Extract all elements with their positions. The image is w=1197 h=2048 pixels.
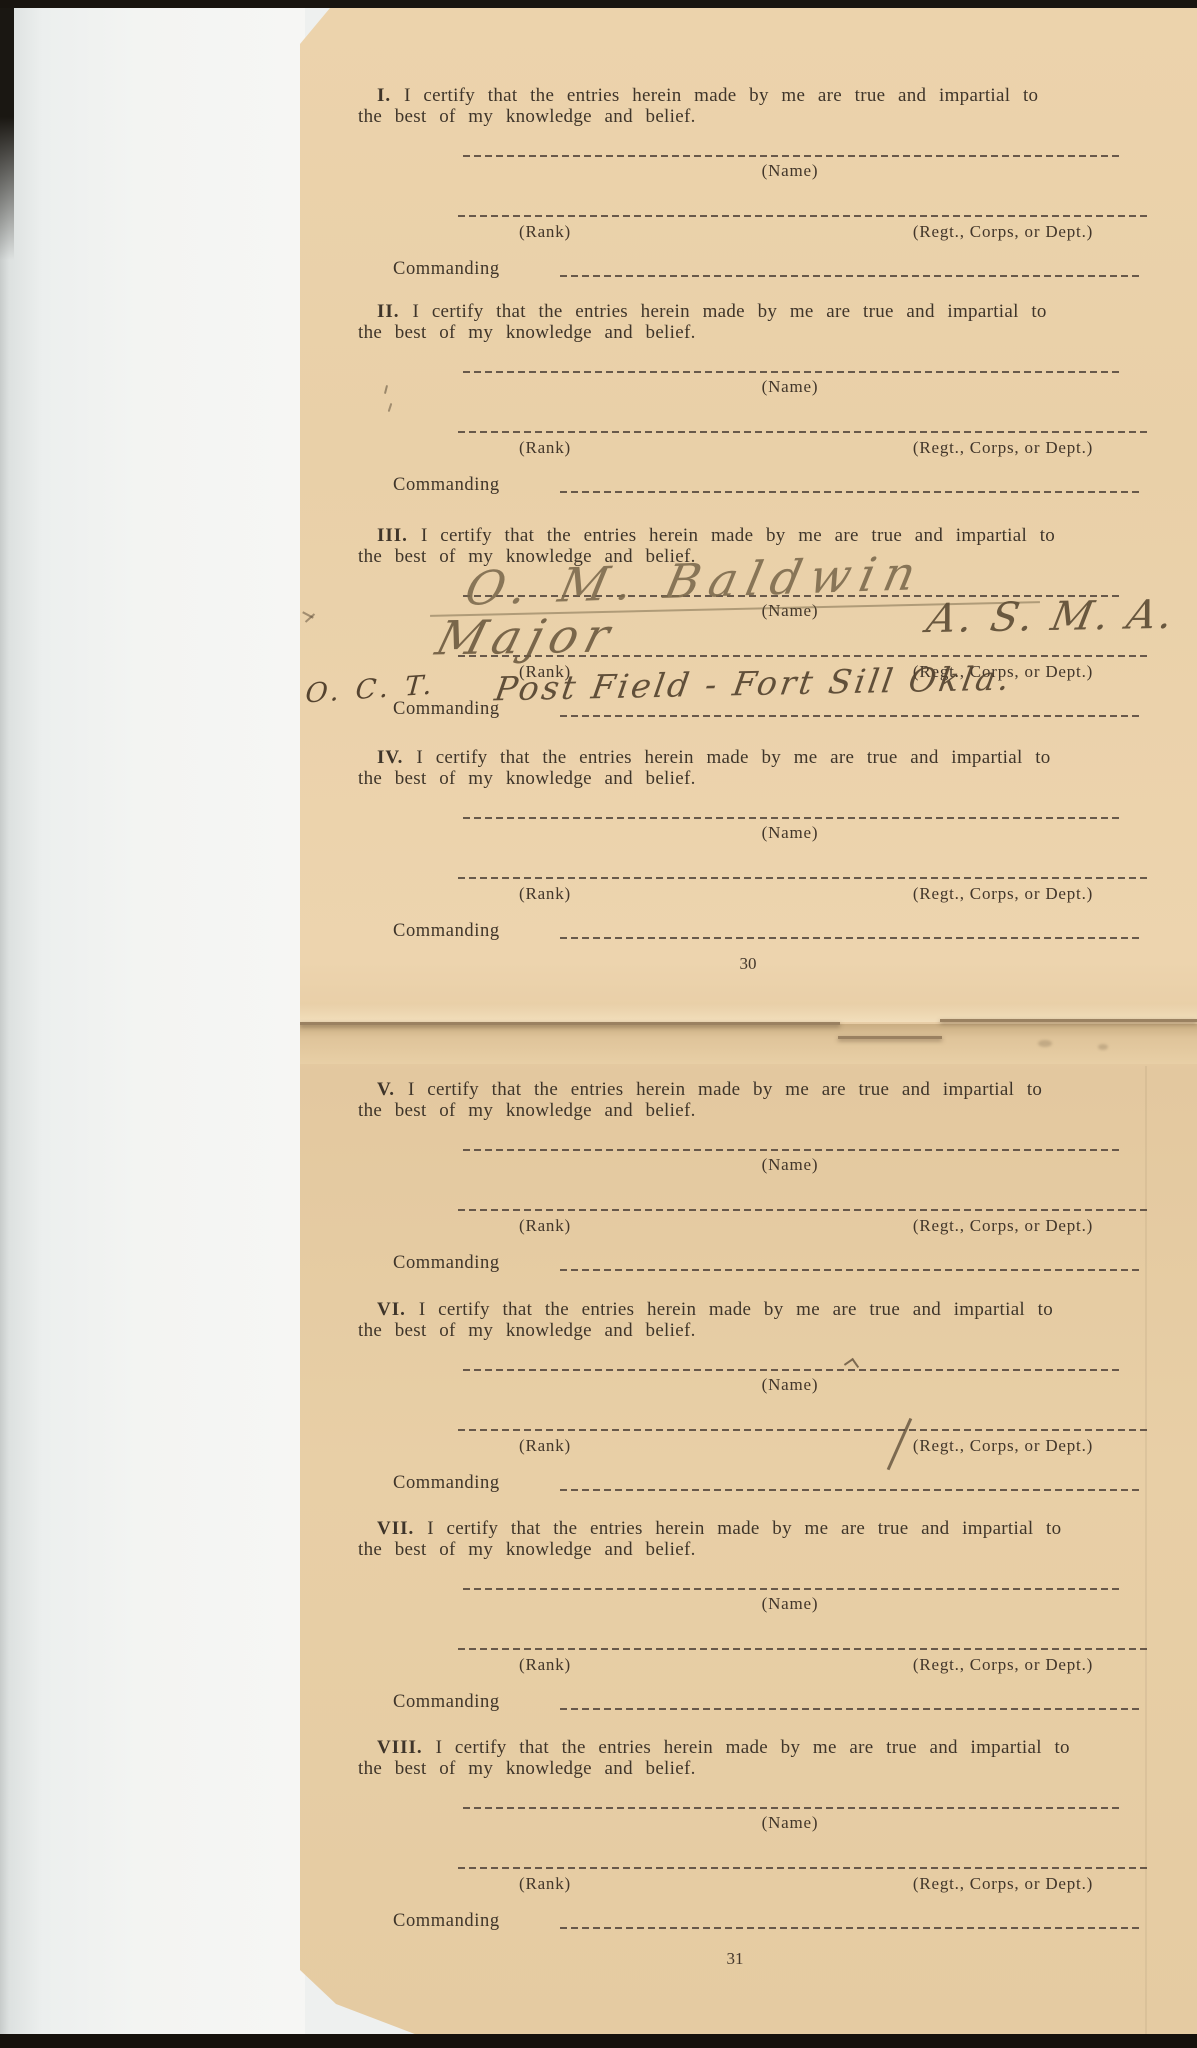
certification-section-4: IV.I certify that the entries herein mad… xyxy=(300,747,1197,972)
rank-blank-line xyxy=(458,877,1148,879)
scanned-document: I.I certify that the entries herein made… xyxy=(0,0,1197,2048)
scanner-margin xyxy=(0,0,305,2048)
paper-smudge xyxy=(1038,1040,1052,1047)
fold-band xyxy=(300,1024,1197,1064)
scan-edge-top xyxy=(0,0,1197,8)
page-fold-edge xyxy=(300,1022,840,1025)
name-blank-line xyxy=(463,371,1123,373)
name-label: (Name) xyxy=(680,1594,900,1614)
certify-text-line2: the best of my knowledge and belief. xyxy=(358,768,696,790)
section-numeral: IV. xyxy=(358,747,403,768)
rank-blank-line xyxy=(458,215,1148,217)
certify-paragraph: I.I certify that the entries herein made… xyxy=(358,85,1188,106)
rank-blank-line xyxy=(458,431,1148,433)
certification-section-7: VII.I certify that the entries herein ma… xyxy=(300,1518,1197,1743)
name-blank-line xyxy=(463,1369,1123,1371)
commanding-blank-line xyxy=(560,937,1140,939)
certification-section-1: I.I certify that the entries herein made… xyxy=(300,85,1197,310)
name-blank-line xyxy=(463,1149,1123,1151)
section-numeral: III. xyxy=(358,525,408,546)
name-blank-line xyxy=(463,155,1123,157)
name-label: (Name) xyxy=(680,823,900,843)
commanding-blank-line xyxy=(560,1927,1140,1929)
name-blank-line xyxy=(463,817,1123,819)
rank-label: (Rank) xyxy=(465,222,625,242)
certify-text-line2: the best of my knowledge and belief. xyxy=(358,322,696,344)
page-number-30: 30 xyxy=(698,954,798,974)
certify-text-line1: I certify that the entries herein made b… xyxy=(413,301,1047,322)
page-number-31: 31 xyxy=(685,1949,785,1969)
regt-label: (Regt., Corps, or Dept.) xyxy=(858,438,1148,458)
name-label: (Name) xyxy=(680,1375,900,1395)
rank-blank-line xyxy=(458,1429,1148,1431)
certify-text-line2: the best of my knowledge and belief. xyxy=(358,1539,696,1561)
section-numeral: I. xyxy=(358,85,391,106)
handwritten-rank: Major xyxy=(430,608,622,666)
name-blank-line xyxy=(463,1588,1123,1590)
certify-text-line1: I certify that the entries herein made b… xyxy=(419,1299,1053,1320)
scan-edge-bottom xyxy=(0,2034,1197,2048)
rank-label: (Rank) xyxy=(465,884,625,904)
section-numeral: II. xyxy=(358,301,400,322)
rank-label: (Rank) xyxy=(465,1436,625,1456)
certify-text-line2: the best of my knowledge and belief. xyxy=(358,1758,696,1780)
regt-label: (Regt., Corps, or Dept.) xyxy=(858,222,1148,242)
certify-text-line1: I certify that the entries herein made b… xyxy=(416,747,1050,768)
certification-section-8: VIII.I certify that the entries herein m… xyxy=(300,1737,1197,1962)
commanding-label: Commanding xyxy=(393,1692,500,1713)
certify-text-line2: the best of my knowledge and belief. xyxy=(358,1100,696,1122)
form-paper: I.I certify that the entries herein made… xyxy=(300,8,1197,2036)
commanding-blank-line xyxy=(560,1708,1140,1710)
name-label: (Name) xyxy=(680,161,900,181)
rank-label: (Rank) xyxy=(465,1874,625,1894)
certification-section-2: II.I certify that the entries herein mad… xyxy=(300,301,1197,526)
name-label: (Name) xyxy=(680,1813,900,1833)
commanding-label: Commanding xyxy=(393,1473,500,1494)
commanding-blank-line xyxy=(560,275,1140,277)
name-label: (Name) xyxy=(680,1155,900,1175)
certify-paragraph: IV.I certify that the entries herein mad… xyxy=(358,747,1188,768)
rank-label: (Rank) xyxy=(465,1655,625,1675)
certify-paragraph: VII.I certify that the entries herein ma… xyxy=(358,1518,1188,1539)
certify-text-line1: I certify that the entries herein made b… xyxy=(408,1079,1042,1100)
certify-paragraph: V.I certify that the entries herein made… xyxy=(358,1079,1188,1100)
commanding-blank-line xyxy=(560,1489,1140,1491)
certify-text-line2: the best of my knowledge and belief. xyxy=(358,1320,696,1342)
commanding-label: Commanding xyxy=(393,1253,500,1274)
rank-blank-line xyxy=(458,1209,1148,1211)
regt-label: (Regt., Corps, or Dept.) xyxy=(858,1874,1148,1894)
certify-text-line1: I certify that the entries herein made b… xyxy=(404,85,1038,106)
name-label: (Name) xyxy=(680,377,900,397)
page-fold-edge xyxy=(940,1019,1197,1022)
scan-edge-left xyxy=(0,0,14,260)
name-blank-line xyxy=(463,1807,1123,1809)
certify-paragraph: VIII.I certify that the entries herein m… xyxy=(358,1737,1188,1758)
regt-label: (Regt., Corps, or Dept.) xyxy=(858,884,1148,904)
certify-text-line1: I certify that the entries herein made b… xyxy=(436,1737,1070,1758)
handwritten-regt: A. S. M. A. xyxy=(923,592,1180,642)
rank-blank-line xyxy=(458,1648,1148,1650)
commanding-label: Commanding xyxy=(393,475,500,496)
commanding-blank-line xyxy=(560,491,1140,493)
rank-label: (Rank) xyxy=(465,1216,625,1236)
certify-text-line2: the best of my knowledge and belief. xyxy=(358,106,696,128)
certify-paragraph: III.I certify that the entries herein ma… xyxy=(358,525,1188,546)
commanding-label: Commanding xyxy=(393,1911,500,1932)
commanding-blank-line xyxy=(560,1269,1140,1271)
regt-label: (Regt., Corps, or Dept.) xyxy=(858,1216,1148,1236)
section-numeral: VII. xyxy=(358,1518,414,1539)
section-numeral: V. xyxy=(358,1079,395,1100)
commanding-blank-line xyxy=(560,715,1140,717)
commanding-label: Commanding xyxy=(393,259,500,280)
certify-paragraph: II.I certify that the entries herein mad… xyxy=(358,301,1188,322)
certify-text-line1: I certify that the entries herein made b… xyxy=(427,1518,1061,1539)
page-fold-edge-notch xyxy=(838,1036,942,1039)
commanding-label: Commanding xyxy=(393,921,500,942)
certification-section-5: V.I certify that the entries herein made… xyxy=(300,1079,1197,1304)
certify-paragraph: VI.I certify that the entries herein mad… xyxy=(358,1299,1188,1320)
certify-text-line1: I certify that the entries herein made b… xyxy=(421,525,1055,546)
certification-section-6: VI.I certify that the entries herein mad… xyxy=(300,1299,1197,1524)
rank-label: (Rank) xyxy=(465,438,625,458)
paper-smudge xyxy=(1098,1044,1108,1050)
section-numeral: VI. xyxy=(358,1299,406,1320)
section-numeral: VIII. xyxy=(358,1737,423,1758)
regt-label: (Regt., Corps, or Dept.) xyxy=(858,1655,1148,1675)
rank-blank-line xyxy=(458,1867,1148,1869)
